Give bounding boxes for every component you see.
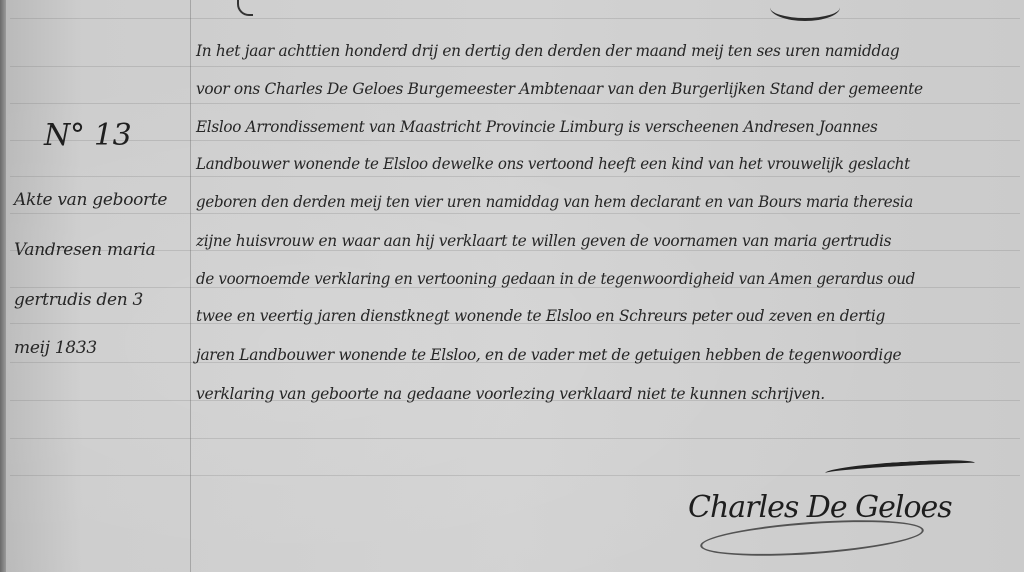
body-line: twee en veertig jaren dienstknegt wonend…	[196, 307, 885, 325]
margin-rule	[190, 0, 191, 572]
ruled-line	[10, 18, 1020, 19]
body-line: geboren den derden meij ten vier uren na…	[196, 193, 913, 211]
margin-note-line: meij 1833	[14, 338, 97, 358]
previous-entry-flourish	[237, 0, 253, 16]
ruled-line	[10, 438, 1020, 439]
binding-edge	[0, 0, 6, 572]
body-line: jaren Landbouwer wonende te Elsloo, en d…	[196, 346, 901, 364]
ruled-line	[10, 103, 1020, 104]
body-line: In het jaar achttien honderd drij en der…	[196, 42, 899, 60]
body-line: zijne huisvrouw en waar aan hij verklaar…	[196, 232, 891, 250]
body-line: Elsloo Arrondissement van Maastricht Pro…	[196, 118, 878, 136]
ruled-line	[10, 176, 1020, 177]
body-line: de voornoemde verklaring en vertooning g…	[196, 270, 915, 288]
margin-note-line: Vandresen maria	[14, 240, 155, 260]
ruled-line	[10, 66, 1020, 67]
body-line: Landbouwer wonende te Elsloo dewelke ons…	[196, 155, 910, 173]
body-line: verklaring van geboorte na gedaane voorl…	[196, 385, 825, 403]
mayor-signature: Charles De Geloes	[688, 490, 952, 525]
ruled-line	[10, 250, 1020, 251]
margin-note-line: Akte van geboorte	[14, 190, 167, 210]
margin-note-line: gertrudis den 3	[14, 290, 143, 310]
body-line: voor ons Charles De Geloes Burgemeester …	[196, 80, 923, 98]
act-number: N° 13	[44, 118, 131, 153]
ruled-line	[10, 213, 1020, 214]
scanned-document-page: N° 13 Akte van geboorte Vandresen maria …	[0, 0, 1024, 572]
ruled-line	[10, 140, 1020, 141]
